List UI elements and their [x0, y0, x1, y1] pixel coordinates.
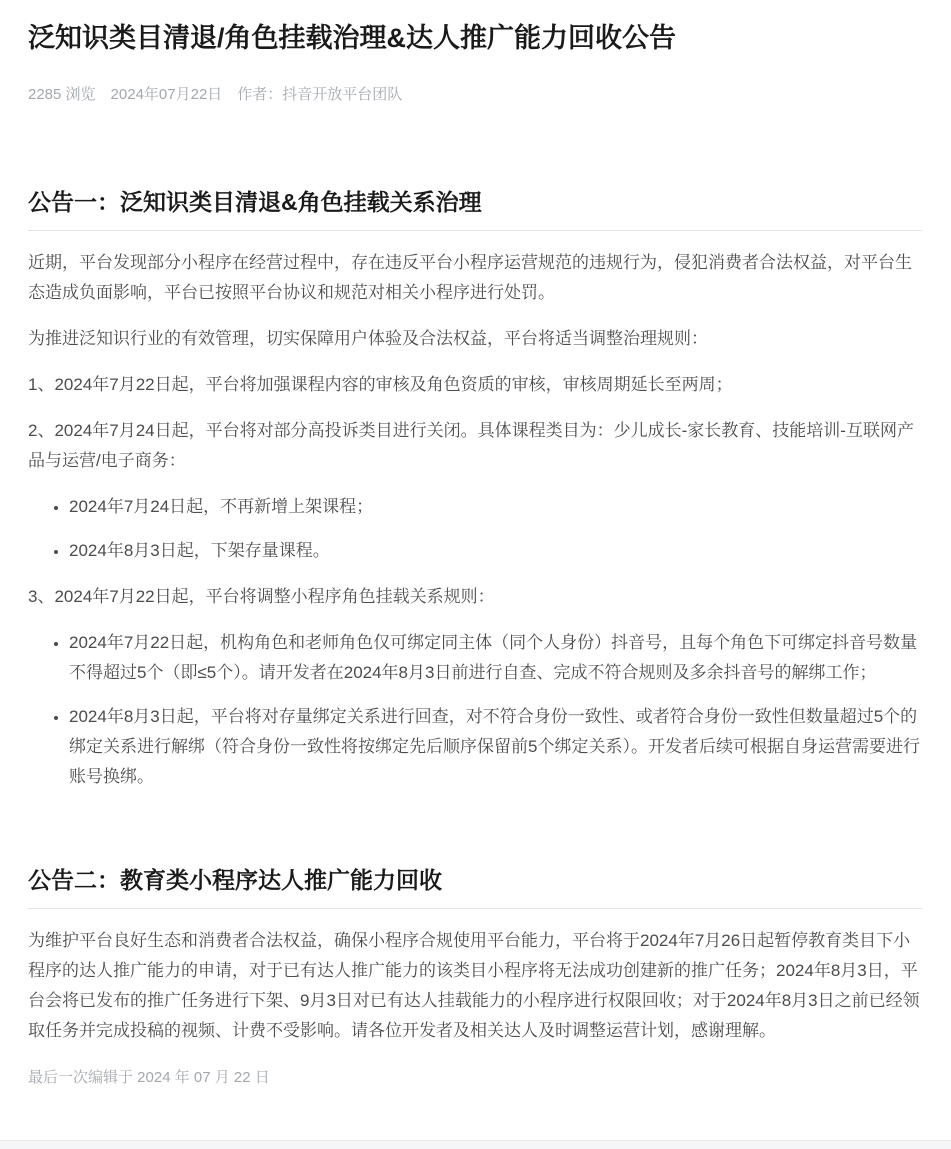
list-item: 2024年7月24日起，不再新增上架课程；	[69, 492, 922, 522]
announcement-2-section: 公告二：教育类小程序达人推广能力回收 为维护平台良好生态和消费者合法权益，确保小…	[28, 865, 922, 1046]
announcement-1-paragraph-purpose: 为推进泛知识行业的有效管理，切实保障用户体验及合法权益，平台将适当调整治理规则：	[28, 324, 922, 354]
announcement-1-paragraph-intro: 近期，平台发现部分小程序在经营过程中，存在违反平台小程序运营规范的违规行为，侵犯…	[28, 248, 922, 308]
page-title: 泛知识类目清退/角色挂载治理&达人推广能力回收公告	[28, 20, 922, 56]
rule-2-bullet-list: 2024年7月24日起，不再新增上架课程； 2024年8月3日起，下架存量课程。	[28, 492, 922, 566]
list-item: 2024年8月3日起，下架存量课程。	[69, 536, 922, 566]
list-item: 2024年8月3日起，平台将对存量绑定关系进行回查，对不符合身份一致性、或者符合…	[69, 702, 922, 792]
announcement-2-paragraph: 为维护平台良好生态和消费者合法权益，确保小程序合规使用平台能力，平台将于2024…	[28, 926, 922, 1046]
announcement-1-heading: 公告一：泛知识类目清退&角色挂载关系治理	[28, 187, 922, 231]
rule-3-bullet-list: 2024年7月22日起，机构角色和老师角色仅可绑定同主体（同个人身份）抖音号，且…	[28, 628, 922, 792]
announcement-1-rule-1: 1、2024年7月22日起，平台将加强课程内容的审核及角色资质的审核，审核周期延…	[28, 370, 922, 400]
article-meta: 2285 浏览 2024年07月22日 作者：抖音开放平台团队	[28, 86, 922, 104]
last-edited-note: 最后一次编辑于 2024 年 07 月 22 日	[28, 1068, 922, 1088]
view-count: 2285 浏览	[28, 86, 96, 104]
announcement-1-rule-2: 2、2024年7月24日起，平台将对部分高投诉类目进行关闭。具体课程类目为：少儿…	[28, 416, 922, 476]
author: 作者：抖音开放平台团队	[237, 86, 402, 104]
announcement-1-rule-3: 3、2024年7月22日起，平台将调整小程序角色挂载关系规则：	[28, 582, 922, 612]
list-item: 2024年7月22日起，机构角色和老师角色仅可绑定同主体（同个人身份）抖音号，且…	[69, 628, 922, 688]
page-bottom-divider	[0, 1140, 951, 1149]
announcement-2-heading: 公告二：教育类小程序达人推广能力回收	[28, 865, 922, 909]
announcement-article: 泛知识类目清退/角色挂载治理&达人推广能力回收公告 2285 浏览 2024年0…	[0, 0, 951, 1140]
publish-date: 2024年07月22日	[111, 86, 223, 104]
announcement-1-section: 公告一：泛知识类目清退&角色挂载关系治理 近期，平台发现部分小程序在经营过程中，…	[28, 187, 922, 792]
